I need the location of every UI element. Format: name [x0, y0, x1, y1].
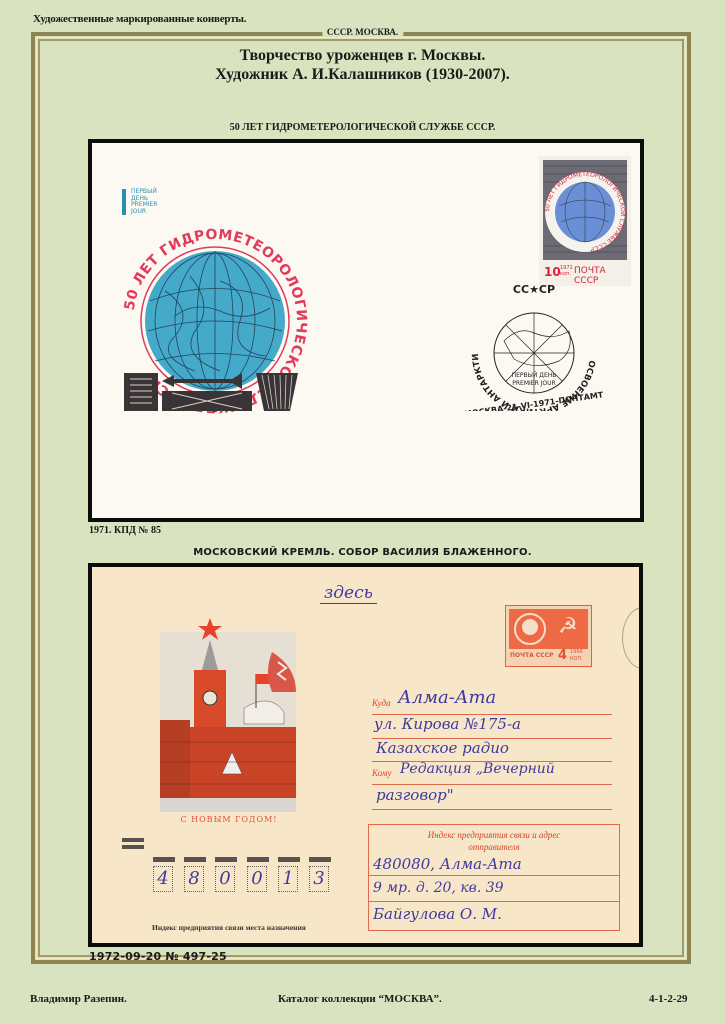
stamp-country: ПОЧТА СССР [510, 652, 553, 659]
footer-page-code: 4-1-2-29 [649, 993, 688, 1005]
zip-cell: 0 [247, 857, 269, 892]
first-day-text: JOUR [125, 209, 157, 216]
sender-line-3: Байгулова О. М. [373, 905, 502, 923]
sender-box: Индекс предприятия связи и адрес отправи… [368, 824, 620, 931]
envelope-2: здесь С НОВЫМ ГОДОМ! ☭ ПОЧТА СССР 4 1966… [88, 563, 643, 947]
item-2-caption: МОСКОВСКИЙ КРЕМЛЬ. СОБОР ВАСИЛИЯ БЛАЖЕНН… [0, 547, 725, 558]
sender-line-2: 9 мр. д. 20, кв. 39 [373, 880, 504, 896]
zip-cell: 3 [309, 857, 331, 892]
first-day-bar-icon [122, 189, 126, 215]
zip-digit: 8 [184, 866, 204, 892]
address-whom-line-1: Редакция „Вечерний [400, 761, 555, 777]
address-to-line-2: ул. Кирова №175-а [374, 715, 521, 733]
sender-heading: Индекс предприятия связи и адрес отправи… [369, 829, 619, 853]
envelope-1: ПЕРВЫЙ ДЕНЬ PREMIER JOUR 50 ЛЕТ ГИДРОМЕТ… [88, 139, 644, 522]
postage-stamp-imprint: ☭ ПОЧТА СССР 4 1966 КОП. [505, 605, 592, 667]
zip-digit: 0 [247, 866, 267, 892]
zip-digit: 0 [215, 866, 235, 892]
title-line-2: Художник А. И.Калашников (1930-2007). [0, 65, 725, 84]
postmark-top: СС★СР [513, 283, 555, 296]
stamp-denomination: 4 [558, 648, 567, 663]
address-to-line-1: Алма-Ата [398, 687, 496, 708]
stamp-currency: коп. [560, 271, 573, 277]
kremlin-illustration-icon [160, 612, 296, 812]
footer-catalog: Каталог коллекции “МОСКВА”. [278, 993, 442, 1005]
stamp-year: 1971 коп. [560, 265, 573, 277]
stamp-denomination: 10 [544, 265, 561, 279]
sender-heading-line-2: отправителя [369, 841, 619, 853]
title-line-1: Творчество уроженцев г. Москвы. [0, 46, 725, 65]
zip-cell: 0 [215, 857, 237, 892]
zip-marker-icon [122, 838, 144, 849]
section-note: Художественные маркированные конверты. [33, 13, 246, 25]
zip-cell: 1 [278, 857, 300, 892]
zip-label: Индекс предприятия связи места назначени… [152, 923, 306, 932]
hammer-sickle-icon: ☭ [558, 614, 578, 638]
address-to-line-3: Казахское радио [376, 739, 509, 757]
svg-text:ОСВОЕНИЕ АРКТИКИ И АНТАРКТИКИ: ОСВОЕНИЕ АРКТИКИ И АНТАРКТИКИ [464, 281, 597, 411]
weather-vane-illustration-icon [122, 369, 302, 415]
zip-digit: 1 [278, 866, 298, 892]
frame-banner: СССР. МОСКВА. [322, 27, 403, 37]
ussr-coat-of-arms-icon [512, 610, 548, 648]
item-1-subcaption: 1971. КПД № 85 [89, 525, 161, 536]
zip-digit: 4 [153, 866, 173, 892]
sender-heading-line-1: Индекс предприятия связи и адрес [369, 829, 619, 841]
sender-line-1: 480080, Алма-Ата [373, 855, 522, 873]
cancel-mark-fragment-icon [622, 607, 643, 669]
stamp-currency: КОП. [570, 656, 583, 662]
zip-digit: 3 [309, 866, 329, 892]
svg-text:ПЕРВЫЙ ДЕНЬ: ПЕРВЫЙ ДЕНЬ [512, 372, 557, 379]
postage-stamp: 50 ЛЕТ ГИДРОМЕТЕОРОЛОГИЧЕСКОЙ СЛУЖБЕ ССС… [539, 156, 631, 286]
address-whom-line-2: разговор" [376, 786, 454, 804]
handwritten-note: здесь [320, 583, 377, 604]
svg-text:PREMIER JOUR: PREMIER JOUR [512, 380, 555, 387]
zip-cell: 4 [153, 857, 175, 892]
first-day-mark: ПЕРВЫЙ ДЕНЬ PREMIER JOUR [125, 189, 157, 215]
item-1-caption: 50 ЛЕТ ГИДРОМЕТЕРОЛОГИЧЕСКОЙ СЛУЖБЕ СССР… [0, 122, 725, 133]
greeting-text: С НОВЫМ ГОДОМ! [164, 815, 294, 824]
first-day-postmark-icon: СС★СР ОСВОЕНИЕ АРКТИКИ И АНТАРКТИКИ ПЕРВ… [464, 281, 604, 411]
item-2-subcaption: 1972-09-20 № 497-25 [89, 950, 227, 963]
zip-cell: 8 [184, 857, 206, 892]
page-title: Творчество уроженцев г. Москвы. Художник… [0, 46, 725, 84]
stamp-year: 1966 [570, 649, 583, 655]
footer-author: Владимир Разепин. [30, 993, 127, 1005]
